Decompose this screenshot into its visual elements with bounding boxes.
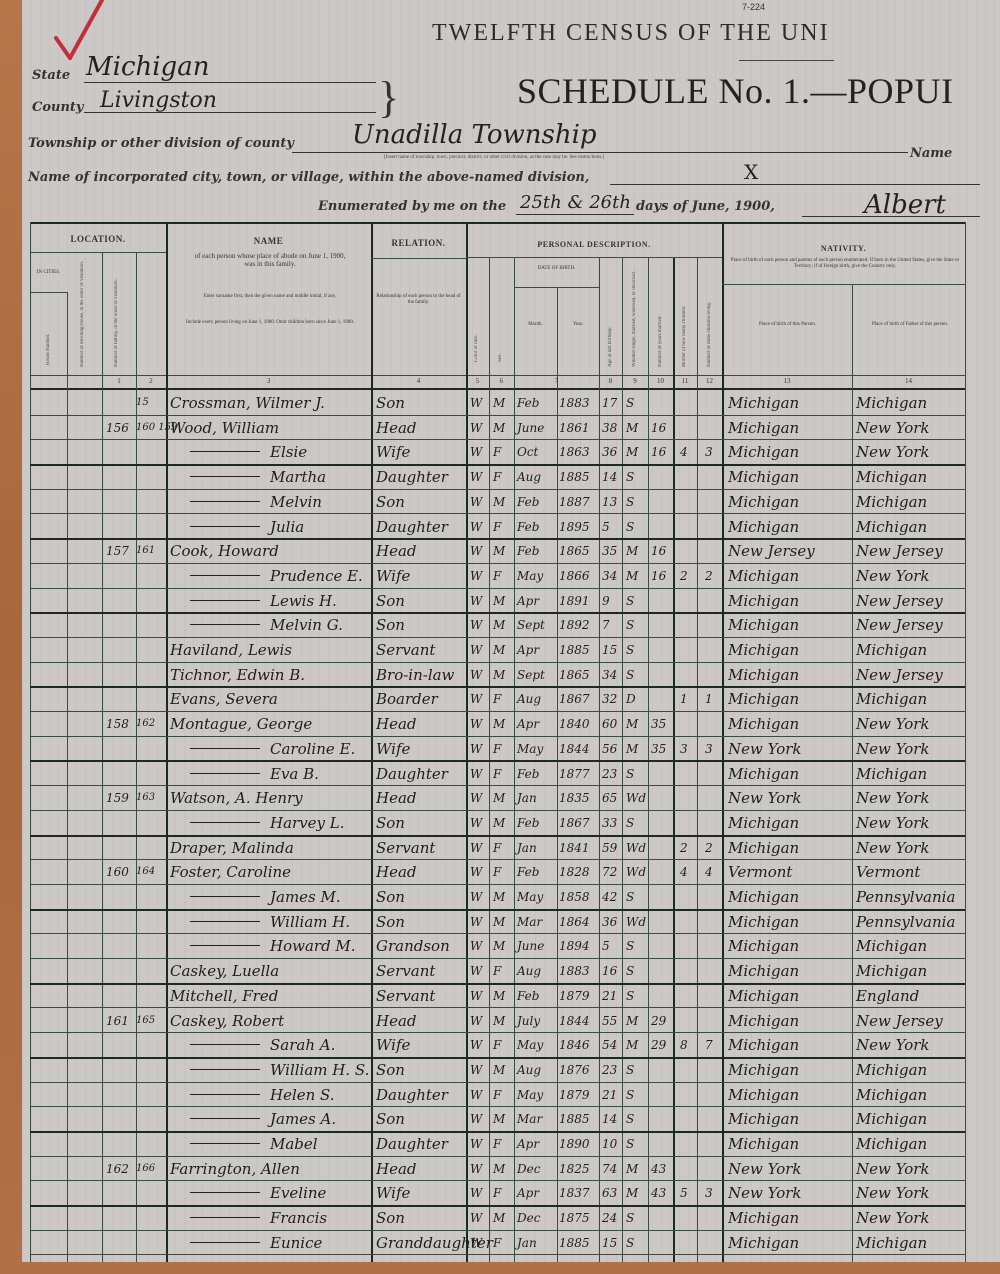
relation: Servant bbox=[376, 983, 435, 1007]
ditto-dash bbox=[190, 748, 260, 749]
birth-month: Apr bbox=[517, 1131, 539, 1155]
father-birthplace: Vermont bbox=[856, 859, 920, 883]
years-married: 29 bbox=[651, 1008, 666, 1032]
marital-status: S bbox=[626, 810, 634, 834]
birth-month: Feb bbox=[517, 761, 539, 785]
sex: M bbox=[493, 909, 505, 933]
father-birthplace: New York bbox=[856, 835, 930, 859]
brace-icon: } bbox=[378, 72, 399, 123]
birth-month: May bbox=[517, 1082, 543, 1106]
sex: M bbox=[493, 933, 505, 957]
color: W bbox=[470, 835, 482, 859]
sex: M bbox=[493, 612, 505, 636]
person-name: Foster, Caroline bbox=[170, 859, 291, 883]
father-birthplace: New York bbox=[856, 563, 930, 587]
mother-of: 4 bbox=[680, 439, 688, 463]
relation: Head bbox=[376, 415, 417, 439]
township-note: [Insert name of township, town, precinct… bbox=[384, 155, 604, 160]
age: 63 bbox=[602, 1180, 617, 1204]
age: 60 bbox=[602, 711, 617, 735]
ditto-dash bbox=[190, 945, 260, 946]
table-row: James M. Son W M May 1858 42 S Michigan … bbox=[30, 884, 965, 909]
color: W bbox=[470, 1032, 482, 1056]
marital-status: Wd bbox=[626, 835, 646, 859]
table-row: 156 160 159 Wood, William Head W M June … bbox=[30, 415, 965, 440]
color: W bbox=[470, 1230, 482, 1254]
relation: Head bbox=[376, 538, 417, 562]
col-number: 5 bbox=[466, 377, 489, 385]
year-header: Year. bbox=[557, 322, 599, 328]
relation: Son bbox=[376, 612, 405, 636]
color: W bbox=[470, 489, 482, 513]
relation: Boarder bbox=[376, 686, 438, 710]
birthplace: Michigan bbox=[728, 489, 799, 513]
color: W bbox=[470, 1131, 482, 1155]
birth-year: 1883 bbox=[559, 958, 590, 982]
person-name: Elsie bbox=[270, 439, 307, 463]
relation: Daughter bbox=[376, 464, 448, 488]
birthplace: Michigan bbox=[728, 612, 799, 636]
col-number: 12 bbox=[697, 377, 722, 385]
birth-year: 1858 bbox=[559, 884, 590, 908]
person-name: Mitchell, Fred bbox=[170, 983, 278, 1007]
age: 42 bbox=[602, 884, 617, 908]
state-line bbox=[84, 82, 376, 83]
age: 54 bbox=[602, 1032, 617, 1056]
ditto-dash bbox=[190, 451, 260, 452]
age: 65 bbox=[602, 785, 617, 809]
dwelling-number: 161 bbox=[106, 1008, 129, 1032]
mother-of-header: Mother of how many children. bbox=[682, 262, 687, 367]
table-row: 162 166 Farrington, Allen Head W M Dec 1… bbox=[30, 1156, 965, 1181]
birth-month: Oct bbox=[517, 439, 538, 463]
sex: M bbox=[493, 1008, 505, 1032]
color: W bbox=[470, 933, 482, 957]
sex: F bbox=[493, 686, 501, 710]
birth-month: Apr bbox=[517, 588, 539, 612]
table-row: Mitchell, Fred Servant W M Feb 1879 21 S… bbox=[30, 983, 965, 1008]
mother-of: 3 bbox=[680, 736, 688, 760]
birth-month: Jan bbox=[517, 1230, 537, 1254]
person-name: Watson, A. Henry bbox=[170, 785, 303, 809]
marital-status: S bbox=[626, 1131, 634, 1155]
color: W bbox=[470, 464, 482, 488]
relation: Son bbox=[376, 810, 405, 834]
person-name: Eunice bbox=[270, 1230, 322, 1254]
birthplace: Michigan bbox=[728, 909, 799, 933]
incorporated-line bbox=[610, 184, 980, 185]
father-birthplace: England bbox=[856, 983, 919, 1007]
color: W bbox=[470, 884, 482, 908]
enumerated-label: Enumerated by me on the bbox=[318, 199, 506, 214]
family-number: 162 bbox=[136, 711, 155, 735]
birthplace: Michigan bbox=[728, 1205, 799, 1229]
color: W bbox=[470, 1156, 482, 1180]
color: W bbox=[470, 538, 482, 562]
sex: M bbox=[493, 1106, 505, 1130]
birth-month: Aug bbox=[517, 464, 541, 488]
birthplace: Michigan bbox=[728, 390, 799, 414]
birthplace: Michigan bbox=[728, 662, 799, 686]
table-row: 159 163 Watson, A. Henry Head W M Jan 18… bbox=[30, 785, 965, 810]
nativity-description: Place of birth of each person and parent… bbox=[730, 258, 960, 270]
birth-year: 1885 bbox=[559, 637, 590, 661]
birth-month: Mar bbox=[517, 1106, 542, 1130]
birth-year: 1866 bbox=[559, 563, 590, 587]
relation: Son bbox=[376, 1106, 405, 1130]
birth-year: 1887 bbox=[559, 489, 590, 513]
col-number: 10 bbox=[648, 377, 673, 385]
county-label: County bbox=[32, 100, 83, 115]
years-married: 16 bbox=[651, 538, 666, 562]
birth-month: Sept bbox=[517, 662, 545, 686]
birth-month: Sept bbox=[517, 612, 545, 636]
col-number: 13 bbox=[722, 377, 852, 385]
sex: F bbox=[493, 1032, 501, 1056]
birth-year: 1863 bbox=[559, 439, 590, 463]
person-name: Melvin bbox=[270, 489, 322, 513]
sex: M bbox=[493, 390, 505, 414]
birthplace: Michigan bbox=[728, 884, 799, 908]
marital-status: S bbox=[626, 588, 634, 612]
sex: F bbox=[493, 958, 501, 982]
family-number: 161 bbox=[136, 538, 155, 562]
enumerated-line bbox=[516, 214, 634, 215]
sex: M bbox=[493, 1205, 505, 1229]
age: 33 bbox=[602, 810, 617, 834]
birth-month: Feb bbox=[517, 489, 539, 513]
birth-year: 1861 bbox=[559, 415, 590, 439]
county-line bbox=[84, 112, 376, 113]
name-description: of each person whose place of abode on J… bbox=[190, 252, 350, 268]
ditto-dash bbox=[190, 1143, 260, 1144]
age: 5 bbox=[602, 514, 610, 538]
birth-month: Aug bbox=[517, 686, 541, 710]
birthplace: Michigan bbox=[728, 983, 799, 1007]
relation: Daughter bbox=[376, 514, 448, 538]
birth-month: Aug bbox=[517, 1057, 541, 1081]
age: 34 bbox=[602, 662, 617, 686]
census-table: LOCATION. IN CITIES. House Number. Numbe… bbox=[30, 222, 965, 1262]
age: 32 bbox=[602, 686, 617, 710]
age: 21 bbox=[602, 983, 617, 1007]
mother-of: 2 bbox=[680, 563, 688, 587]
birthplace: Michigan bbox=[728, 563, 799, 587]
children-living: 2 bbox=[705, 835, 713, 859]
age: 24 bbox=[602, 1205, 617, 1229]
birthplace: Michigan bbox=[728, 933, 799, 957]
birthplace: Michigan bbox=[728, 588, 799, 612]
birth-year: 1841 bbox=[559, 835, 590, 859]
age: 15 bbox=[602, 637, 617, 661]
ditto-dash bbox=[190, 896, 260, 897]
form-number: 7-224 bbox=[742, 2, 765, 12]
table-row: Helen S. Daughter W F May 1879 21 S Mich… bbox=[30, 1082, 965, 1107]
sex-header: Sex. bbox=[498, 332, 503, 362]
dwelling-number: 156 bbox=[106, 415, 129, 439]
person-name: Evans, Severa bbox=[170, 686, 278, 710]
table-row: 158 162 Montague, George Head W M Apr 18… bbox=[30, 711, 965, 736]
ditto-dash bbox=[190, 1118, 260, 1119]
color: W bbox=[470, 810, 482, 834]
years-married: 16 bbox=[651, 415, 666, 439]
person-name: Howard M. bbox=[270, 933, 356, 957]
birth-year: 1835 bbox=[559, 785, 590, 809]
marital-status: S bbox=[626, 761, 634, 785]
father-birthplace: Michigan bbox=[856, 686, 927, 710]
birth-month: Dec bbox=[517, 1205, 540, 1229]
marital-status: Wd bbox=[626, 859, 646, 883]
person-name: Draper, Malinda bbox=[170, 835, 294, 859]
birth-month: Jan bbox=[517, 785, 537, 809]
father-birthplace: New York bbox=[856, 1180, 930, 1204]
birth-year: 1885 bbox=[559, 1106, 590, 1130]
father-birthplace: Michigan bbox=[856, 933, 927, 957]
years-married: 35 bbox=[651, 736, 666, 760]
table-row: Francis Son W M Dec 1875 24 S Michigan N… bbox=[30, 1205, 965, 1230]
house-number-header: House Number. bbox=[46, 310, 51, 365]
birthplace: New York bbox=[728, 1156, 802, 1180]
age: 5 bbox=[602, 933, 610, 957]
table-row: Elsie Wife W F Oct 1863 36 M 16 4 3 Mich… bbox=[30, 439, 965, 464]
enumerator-line bbox=[802, 216, 980, 217]
marital-status: Wd bbox=[626, 909, 646, 933]
father-birthplace: New York bbox=[856, 810, 930, 834]
birth-month: Feb bbox=[517, 859, 539, 883]
sex: F bbox=[493, 464, 501, 488]
sex: M bbox=[493, 637, 505, 661]
col-number: 2 bbox=[136, 377, 166, 385]
color: W bbox=[470, 439, 482, 463]
table-row: William H. S. Son W M Aug 1876 23 S Mich… bbox=[30, 1057, 965, 1082]
father-birthplace: New Jersey bbox=[856, 538, 943, 562]
color: W bbox=[470, 637, 482, 661]
relation: Servant bbox=[376, 835, 435, 859]
table-row: Julia Daughter W F Feb 1895 5 S Michigan… bbox=[30, 514, 965, 539]
birth-month: Feb bbox=[517, 538, 539, 562]
state-value: Michigan bbox=[86, 52, 209, 82]
children-living: 3 bbox=[705, 736, 713, 760]
table-row: Eveline Wife W F Apr 1837 63 M 43 5 3 Ne… bbox=[30, 1180, 965, 1205]
color: W bbox=[470, 859, 482, 883]
birth-month: Mar bbox=[517, 909, 542, 933]
sex: F bbox=[493, 1230, 501, 1254]
relation: Wife bbox=[376, 439, 410, 463]
ditto-dash bbox=[190, 1192, 260, 1193]
marital-status: Wd bbox=[626, 785, 646, 809]
father-birthplace: New York bbox=[856, 1205, 930, 1229]
person-name: Lewis H. bbox=[270, 588, 337, 612]
person-name: William H. S. bbox=[270, 1057, 369, 1081]
father-birthplace: New Jersey bbox=[856, 1008, 943, 1032]
state-label: State bbox=[32, 68, 70, 83]
age: 13 bbox=[602, 489, 617, 513]
birth-month: Apr bbox=[517, 637, 539, 661]
sex: M bbox=[493, 1057, 505, 1081]
relation: Wife bbox=[376, 1180, 410, 1204]
marital-status: S bbox=[626, 489, 634, 513]
table-row: Caroline E. Wife W F May 1844 56 M 35 3 … bbox=[30, 736, 965, 761]
name-label: Name bbox=[910, 146, 952, 161]
father-birthplace: New York bbox=[856, 1156, 930, 1180]
birthplace: Michigan bbox=[728, 1032, 799, 1056]
age-header: Age at last birthday. bbox=[608, 282, 613, 367]
sex: F bbox=[493, 835, 501, 859]
table-row: 157 161 Cook, Howard Head W M Feb 1865 3… bbox=[30, 538, 965, 563]
years-married: 29 bbox=[651, 1032, 666, 1056]
ditto-dash bbox=[190, 1217, 260, 1218]
in-cities-header: IN CITIES. bbox=[30, 270, 67, 276]
age: 21 bbox=[602, 1082, 617, 1106]
color: W bbox=[470, 415, 482, 439]
col-number: 6 bbox=[489, 377, 514, 385]
family-number: 165 bbox=[136, 1008, 155, 1032]
age: 38 bbox=[602, 415, 617, 439]
person-name: Harvey L. bbox=[270, 810, 345, 834]
birthplace: Michigan bbox=[728, 1057, 799, 1081]
township-value: Unadilla Township bbox=[352, 120, 597, 150]
family-number-header: Number of family, in the order of visita… bbox=[114, 262, 119, 367]
birthplace: Michigan bbox=[728, 711, 799, 735]
person-name: Helen S. bbox=[270, 1082, 335, 1106]
color: W bbox=[470, 1205, 482, 1229]
color-header: Color or race. bbox=[474, 302, 479, 362]
relation: Son bbox=[376, 1057, 405, 1081]
birth-year: 1844 bbox=[559, 736, 590, 760]
sex: M bbox=[493, 711, 505, 735]
age: 36 bbox=[602, 439, 617, 463]
table-row: Haviland, Lewis Servant W M Apr 1885 15 … bbox=[30, 637, 965, 662]
census-page: 7-224 TWELFTH CENSUS OF THE UNI SCHEDULE… bbox=[22, 0, 1000, 1262]
sex: F bbox=[493, 761, 501, 785]
birth-month: Feb bbox=[517, 390, 539, 414]
person-name: Caroline E. bbox=[270, 736, 355, 760]
dwelling-number: 158 bbox=[106, 711, 129, 735]
ditto-dash bbox=[190, 1242, 260, 1243]
color: W bbox=[470, 390, 482, 414]
children-living: 3 bbox=[705, 439, 713, 463]
color: W bbox=[470, 1057, 482, 1081]
table-row: Prudence E. Wife W F May 1866 34 M 16 2 … bbox=[30, 563, 965, 588]
table-row: Caskey, Luella Servant W F Aug 1883 16 S… bbox=[30, 958, 965, 983]
father-birthplace: Michigan bbox=[856, 1082, 927, 1106]
person-name: Eva B. bbox=[270, 761, 319, 785]
sex: F bbox=[493, 859, 501, 883]
marital-status: S bbox=[626, 1082, 634, 1106]
birth-year: 1892 bbox=[559, 612, 590, 636]
ditto-dash bbox=[190, 921, 260, 922]
col-number: 3 bbox=[166, 377, 371, 385]
relation: Wife bbox=[376, 736, 410, 760]
person-name: Farrington, Allen bbox=[170, 1156, 300, 1180]
age: 36 bbox=[602, 909, 617, 933]
mother-of: 5 bbox=[680, 1180, 688, 1204]
marital-status: S bbox=[626, 514, 634, 538]
father-birthplace: Michigan bbox=[856, 1057, 927, 1081]
marital-status: S bbox=[626, 1230, 634, 1254]
sex: M bbox=[493, 1156, 505, 1180]
family-number: 166 bbox=[136, 1156, 155, 1180]
marital-status: M bbox=[626, 711, 638, 735]
sex: M bbox=[493, 810, 505, 834]
color: W bbox=[470, 1106, 482, 1130]
sex: F bbox=[493, 439, 501, 463]
age: 34 bbox=[602, 563, 617, 587]
table-row: Melvin G. Son W M Sept 1892 7 S Michigan… bbox=[30, 612, 965, 637]
birth-year: 1844 bbox=[559, 1008, 590, 1032]
marital-status: M bbox=[626, 415, 638, 439]
col-number: 11 bbox=[673, 377, 697, 385]
person-name: Tichnor, Edwin B. bbox=[170, 662, 305, 686]
color: W bbox=[470, 909, 482, 933]
birthplace: Michigan bbox=[728, 835, 799, 859]
father-birthplace: Michigan bbox=[856, 1131, 927, 1155]
dwelling-number: 157 bbox=[106, 538, 129, 562]
father-birthplace: Michigan bbox=[856, 390, 927, 414]
sex: F bbox=[493, 514, 501, 538]
marital-status: M bbox=[626, 1180, 638, 1204]
marital-status: S bbox=[626, 464, 634, 488]
person-name: Wood, William bbox=[170, 415, 279, 439]
enumerated-suffix: days of June, 1900, bbox=[636, 199, 775, 214]
children-living: 3 bbox=[705, 1180, 713, 1204]
table-row: Eunice Granddaughter W F Jan 1885 15 S M… bbox=[30, 1230, 965, 1255]
color: W bbox=[470, 736, 482, 760]
person-name: Cook, Howard bbox=[170, 538, 279, 562]
birth-year: 1894 bbox=[559, 933, 590, 957]
marital-status: S bbox=[626, 1205, 634, 1229]
age: 35 bbox=[602, 538, 617, 562]
red-checkmark-icon bbox=[52, 0, 112, 60]
children-living: 4 bbox=[705, 859, 713, 883]
person-name: Julia bbox=[270, 514, 304, 538]
birthplace: New York bbox=[728, 785, 802, 809]
name-instruction-2: Include every person living on June 1, 1… bbox=[180, 320, 360, 326]
table-row: Sarah A. Wife W F May 1846 54 M 29 8 7 M… bbox=[30, 1032, 965, 1057]
relation: Servant bbox=[376, 637, 435, 661]
month-header: Month. bbox=[514, 322, 557, 328]
birth-year: 1867 bbox=[559, 686, 590, 710]
marital-status: M bbox=[626, 736, 638, 760]
ditto-dash bbox=[190, 501, 260, 502]
father-birthplace: Michigan bbox=[856, 514, 927, 538]
birth-year: 1828 bbox=[559, 859, 590, 883]
sex: F bbox=[493, 1131, 501, 1155]
father-birthplace: New Jersey bbox=[856, 662, 943, 686]
table-row: Tichnor, Edwin B. Bro-in-law W M Sept 18… bbox=[30, 662, 965, 687]
birthplace: New York bbox=[728, 1180, 802, 1204]
birth-year: 1837 bbox=[559, 1180, 590, 1204]
birth-year: 1825 bbox=[559, 1156, 590, 1180]
relation: Head bbox=[376, 1008, 417, 1032]
person-name: Crossman, Wilmer J. bbox=[170, 390, 325, 414]
township-line bbox=[292, 152, 908, 153]
birthplace: Michigan bbox=[728, 1131, 799, 1155]
birth-year: 1877 bbox=[559, 761, 590, 785]
date-of-birth-header: DATE OF BIRTH. bbox=[514, 266, 599, 272]
birth-person-header: Place of birth of this Person. bbox=[730, 322, 845, 328]
age: 14 bbox=[602, 464, 617, 488]
birthplace: Michigan bbox=[728, 1008, 799, 1032]
birth-month: Aug bbox=[517, 958, 541, 982]
sex: M bbox=[493, 489, 505, 513]
birth-year: 1876 bbox=[559, 1057, 590, 1081]
table-row: Martha Daughter W F Aug 1885 14 S Michig… bbox=[30, 464, 965, 489]
color: W bbox=[470, 1180, 482, 1204]
age: 23 bbox=[602, 761, 617, 785]
nativity-header: NATIVITY. bbox=[722, 244, 965, 253]
ditto-dash bbox=[190, 1044, 260, 1045]
